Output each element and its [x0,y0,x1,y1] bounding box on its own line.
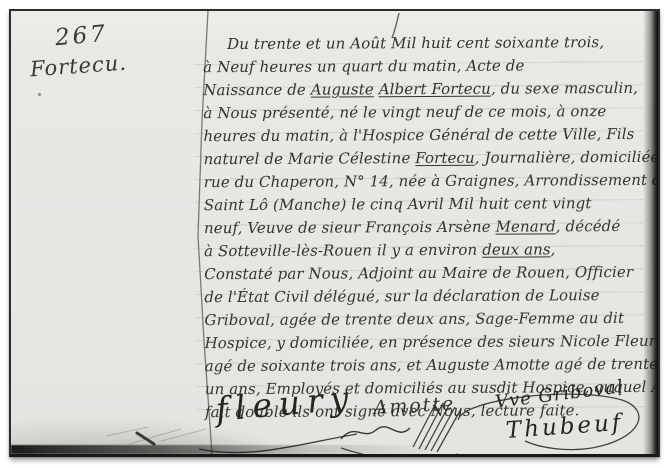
underlined-text: deux ans [482,240,551,258]
signature-amotte: Amotte [373,393,456,419]
register-scan: 267 Fortecu. Du trente et un Août Mil hu… [9,9,660,457]
text-segment: Hospice, y domiciliée, en présence des s… [205,332,660,352]
text-segment: Griboval, agée de trente deux ans, Sage-… [204,309,624,329]
manuscript-line: Naissance de Auguste Albert Fortecu, du … [203,77,655,102]
manuscript-line: Constaté par Nous, Adjoint au Maire de R… [204,261,656,286]
manuscript-line: neuf, Veuve de sieur François Arsène Men… [204,215,656,240]
text-segment: naturel de Marie Célestine [204,149,416,168]
manuscript-line: à Neuf heures un quart du matin, Acte de [203,54,655,79]
underlined-text: Auguste [311,80,374,98]
text-segment: à Nous présenté, né le vingt neuf de ce … [203,102,606,122]
ink-speck [38,93,41,96]
manuscript-line: Du trente et un Août Mil huit cent soixa… [203,31,655,56]
manuscript-line: agé de soixante trois ans, et Auguste Am… [205,353,657,378]
text-segment: , décédé [556,217,621,235]
manuscript-line: Griboval, agée de trente deux ans, Sage-… [204,307,656,332]
page-background: 267 Fortecu. Du trente et un Août Mil hu… [0,0,671,468]
text-segment: à Neuf heures un quart du matin, Acte de [203,57,524,77]
manuscript-line: Saint Lô (Manche) le cinq Avril Mil huit… [204,192,656,217]
manuscript-line: de l'État Civil délégué, sur la déclarat… [204,284,656,309]
underlined-text: Albert Fortecu [379,80,491,99]
signature-swoosh [199,434,357,453]
text-segment: Saint Lô (Manche) le cinq Avril Mil huit… [204,194,592,214]
underlined-text: Fortecu [415,149,475,167]
manuscript-lines: Du trente et un Août Mil huit cent soixa… [203,31,657,424]
text-segment: , [551,240,556,258]
text-segment: agé de soixante trois ans, et Auguste Am… [205,355,659,375]
text-segment: rue du Chaperon, N° 14, née à Graignes, … [204,171,660,191]
manuscript-line: rue du Chaperon, N° 14, née à Graignes, … [204,169,656,194]
manuscript-line: naturel de Marie Célestine Fortecu, Jour… [204,146,656,171]
text-segment: heures du matin, à l'Hospice Général de … [203,125,634,145]
text-segment: Naissance de [203,81,311,100]
pencil-scribble [106,427,206,444]
text-segment: , du sexe masculin, [491,79,638,98]
manuscript-line: à Nous présenté, né le vingt neuf de ce … [203,100,655,125]
underlined-text: Menard [495,217,555,235]
signature-squiggle [341,427,410,439]
manuscript-line: à Sotteville-lès-Rouen il y a environ de… [204,238,656,263]
bottom-curve [341,448,458,454]
manuscript-line: heures du matin, à l'Hospice Général de … [203,123,655,148]
text-segment: neuf, Veuve de sieur François Arsène [204,218,496,238]
text-segment: à Sotteville-lès-Rouen il y a environ [204,241,482,260]
act-number: 267 [54,21,109,52]
text-segment: Du trente et un Août Mil huit cent soixa… [227,33,604,53]
text-segment: de l'État Civil délégué, sur la déclarat… [204,286,599,306]
manuscript-line: Hospice, y domiciliée, en présence des s… [205,330,657,355]
dark-dash [137,433,154,444]
text-segment: Constaté par Nous, Adjoint au Maire de R… [204,263,633,283]
text-segment: , Journalière, domiciliée [475,148,660,167]
